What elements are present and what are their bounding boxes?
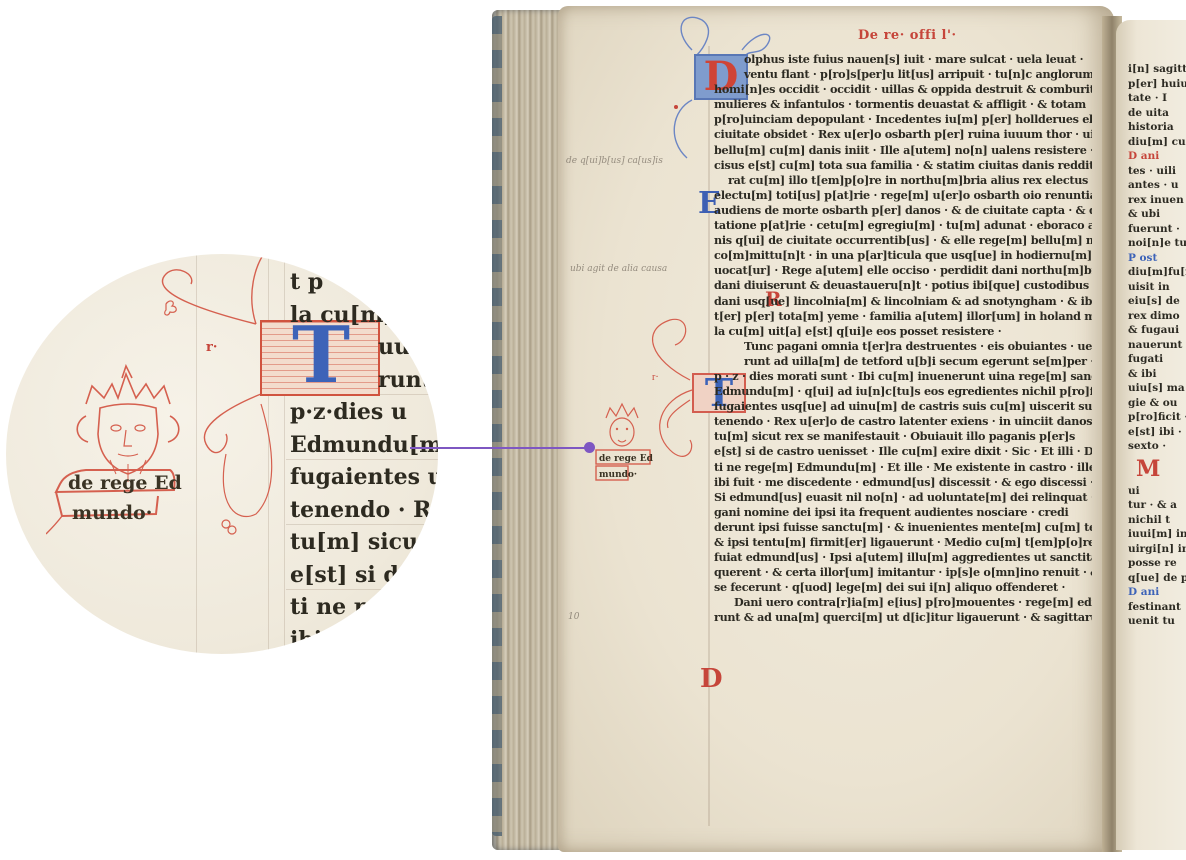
text-line: runt ad uilla[m] de tetford u[b]i secum … <box>714 354 1092 369</box>
right-page-text: i[n] sagittis p[er] huiu tate · I de uit… <box>1128 62 1186 629</box>
text-line: de uita <box>1128 106 1186 121</box>
text-line: uenit tu <box>1128 614 1186 629</box>
text-line: tes · uili <box>1128 164 1186 179</box>
crowned-head-drawing-icon: de rege Ed mundo· <box>590 400 658 490</box>
text-line: diu[m] cu[m] <box>1128 135 1186 150</box>
text-line: runt & ad una[m] querci[m] ut d[ic]itur … <box>714 610 1092 625</box>
text-line: rex inuen <box>1128 193 1186 208</box>
text-line: diu[m]fu[m] · <box>1128 265 1186 280</box>
text-line: & fugaui <box>1128 323 1186 338</box>
text-line: co[m]mittu[n]t · in una p[ar]ticula que … <box>714 248 1092 263</box>
callout-connector-line <box>410 447 588 449</box>
text-line: tate · I <box>1128 91 1186 106</box>
text-line: p[ro]ficit · <box>1128 410 1186 425</box>
scroll-label-line-1: de rege Ed <box>68 472 182 494</box>
text-line: p·z·dies u <box>290 396 438 429</box>
scroll-label-line-2: mundo· <box>72 502 152 524</box>
text-line: uiu[s] ma <box>1128 381 1186 396</box>
text-line: uocat[ur] · Rege a[utem] elle occiso · p… <box>714 263 1092 278</box>
text-line: querent · & certa illor[um] imitantur · … <box>714 565 1092 580</box>
text-line: rat cu[m] illo t[em]p[o]re in northu[m]b… <box>714 173 1092 188</box>
text-line: dani diuiserunt & deuastaueru[n]t · poti… <box>714 278 1092 293</box>
text-line: fuiat edmund[us] · Ipsi a[utem] illu[m] … <box>714 550 1092 565</box>
text-line: ibi fuit · me discedente · edmund[us] di… <box>714 475 1092 490</box>
text-line: tenendo · Rex <box>290 494 438 527</box>
text-line: ciuitate obsidet · Rex u[er]o osbarth p[… <box>714 127 1092 142</box>
text-line: cisus e[st] cu[m] tota sua familia · & s… <box>714 158 1092 173</box>
text-line: uirgi[n] in <box>1128 542 1186 557</box>
text-line: mulieres & infantulos · tormentis deuast… <box>714 97 1092 112</box>
text-line: tenendo · Rex u[er]o de castro latenter … <box>714 414 1092 429</box>
text-line: p · z · dies morati sunt · Ibi cu[m] inu… <box>714 369 1092 384</box>
text-line: D ani <box>1128 585 1186 600</box>
text-line: tu[m] sicut r <box>290 526 438 559</box>
text-line: electu[m] toti[us] p[at]rie · rege[m] u[… <box>714 188 1092 203</box>
illuminated-initial-m: M <box>1128 454 1186 484</box>
text-line: ti ne r <box>290 591 438 624</box>
text-line: gie & ou <box>1128 396 1186 411</box>
text-line: noi[n]e tu <box>1128 236 1186 251</box>
text-line: Tunc pagani omnia t[er]ra destruentes · … <box>714 339 1092 354</box>
text-line: la cu[m] uit[a] e[st] q[ui]e eos posset … <box>714 324 1092 339</box>
text-line: runt <box>290 364 438 397</box>
text-line: t p <box>290 266 438 299</box>
text-line: uisit in <box>1128 280 1186 295</box>
text-line: uuc <box>290 331 438 364</box>
rubric-mark: r· <box>206 340 217 355</box>
folio-mark: 10 <box>568 612 579 622</box>
text-line: gani nomine dei ipsi ita frequent audien… <box>714 505 1092 520</box>
text-line: Si edmund[us] euasit nil no[n] · ad uolu… <box>714 490 1092 505</box>
binding-edge <box>492 16 502 836</box>
text-line: iuui[m] in <box>1128 527 1186 542</box>
text-line: la cu[m] u <box>290 299 438 332</box>
text-line: i[n] sagittis <box>1128 62 1186 77</box>
text-line: rex dimo <box>1128 309 1186 324</box>
text-line: Edmundu[m]· <box>290 429 438 462</box>
text-line: ventu flant · p[ro]s[per]u lit[us] arrip… <box>714 67 1092 82</box>
text-line: antes · u <box>1128 178 1186 193</box>
text-line: posse re <box>1128 556 1186 571</box>
svg-text:r·: r· <box>652 372 659 383</box>
text-line: fuerunt · <box>1128 222 1186 237</box>
text-line: p[er] huiu <box>1128 77 1186 92</box>
text-line: D ani <box>1128 149 1186 164</box>
text-line: q[ue] de p[ri]u <box>1128 571 1186 586</box>
svg-text:de rege Ed: de rege Ed <box>599 454 654 464</box>
text-line: fugaientes usq[ue] ad uinu[m] de castris… <box>714 399 1092 414</box>
text-line: dani usq[ue] lincolnia[m] & lincolniam &… <box>714 294 1092 309</box>
text-line: nichil t <box>1128 513 1186 528</box>
text-line: homi[n]es occidit · occidit · uillas & o… <box>714 82 1092 97</box>
text-line: Dani uero contra[r]ia[m] e[ius] p[ro]mou… <box>714 595 1092 610</box>
magnified-inset: r· T de rege Ed mundo· t p la cu[m] u uu… <box>6 254 438 654</box>
text-line: ti ne rege[m] Edmundu[m] · Et ille · Me … <box>714 460 1092 475</box>
margin-note-1: de q[ui]b[us] ca[us]is <box>566 156 663 166</box>
text-line: P ost <box>1128 251 1186 266</box>
text-line: Edmundu[m] · q[ui] ad iu[n]c[tu]s eos eg… <box>714 384 1092 399</box>
text-line: e[st] ibi · <box>1128 425 1186 440</box>
callout-connector-dot <box>584 442 595 453</box>
text-line: eiu[s] de <box>1128 294 1186 309</box>
text-line: bellu[m] cu[m] danis iniit · Ille a[utem… <box>714 143 1092 158</box>
text-line: derunt ipsi fuisse sanctu[m] · & inuenie… <box>714 520 1092 535</box>
text-line: fugati <box>1128 352 1186 367</box>
text-line: se fecerunt · q[uod] lege[m] dei sui i[n… <box>714 580 1092 595</box>
text-line: e[st] si de castro uenisset · Ille cu[m]… <box>714 444 1092 459</box>
text-line: ui <box>1128 484 1186 499</box>
text-line: tur · & a <box>1128 498 1186 513</box>
text-line: fugaientes u <box>290 461 438 494</box>
text-line: sexto · <box>1128 439 1186 454</box>
text-line: nis q[ui] de ciuitate occurrentib[us] · … <box>714 233 1092 248</box>
text-line: & ibi <box>1128 367 1186 382</box>
left-page-text: olphus iste fuius nauen[s] iuit · mare s… <box>714 52 1092 626</box>
margin-note-2: ubi agit de alia causa <box>570 264 680 274</box>
text-line: olphus iste fuius nauen[s] iuit · mare s… <box>714 52 1092 67</box>
magnified-text: t p la cu[m] u uuc runt p·z·dies u Edmun… <box>290 266 438 654</box>
text-line: p[ro]uinciam depopulant · Incedentes iu[… <box>714 112 1092 127</box>
svg-text:mundo·: mundo· <box>599 470 637 480</box>
text-line: festinant <box>1128 600 1186 615</box>
text-line: tu[m] sicut rex se manifestauit · Obuiau… <box>714 429 1092 444</box>
text-line: t[er] p[er] tota[m] yeme · familia a[ute… <box>714 309 1092 324</box>
text-line: tatione p[at]rie · cetu[m] egregiu[m] · … <box>714 218 1092 233</box>
text-line: & ubi <box>1128 207 1186 222</box>
text-line: & ipsi tentu[m] firmit[er] ligauerunt · … <box>714 535 1092 550</box>
text-line: historia <box>1128 120 1186 135</box>
text-line: e[st] si de cas <box>290 559 438 592</box>
text-line: audiens de morte osbarth p[er] danos · &… <box>714 203 1092 218</box>
running-head: De re· offi l'· <box>858 28 957 43</box>
red-initial-d: D <box>700 664 723 694</box>
text-line: ibi <box>290 624 438 655</box>
text-line: nauerunt <box>1128 338 1186 353</box>
